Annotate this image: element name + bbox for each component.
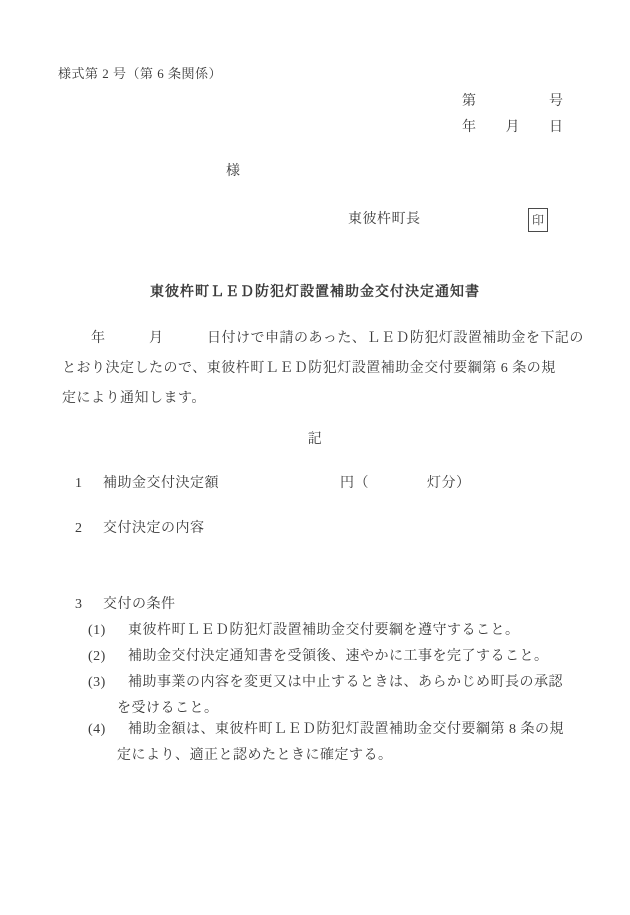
item-2-label: 交付決定の内容 bbox=[103, 521, 205, 537]
seal-mark: 印 bbox=[528, 208, 548, 232]
condition-3-number: (3) bbox=[88, 675, 106, 691]
form-number: 様式第 2 号（第 6 条関係） bbox=[58, 66, 222, 82]
body-paragraph-line: 年 月 日付けで申請のあった、ＬＥＤ防犯灯設置補助金を下記の bbox=[62, 331, 584, 347]
issue-date-line: 年 月 日 bbox=[462, 120, 564, 136]
item-3-number: 3 bbox=[75, 597, 89, 613]
item-3-label: 交付の条件 bbox=[103, 597, 176, 613]
item-1-amount-blank: 円（ 灯分） bbox=[340, 476, 471, 492]
condition-2-number: (2) bbox=[88, 649, 106, 665]
record-marker: 記 bbox=[0, 428, 630, 448]
condition-3-text-continuation: を受けること。 bbox=[117, 701, 219, 717]
issue-number-line: 第 号 bbox=[462, 94, 564, 110]
condition-4-text-continuation: 定により、適正と認めたときに確定する。 bbox=[117, 748, 393, 764]
item-2-number: 2 bbox=[75, 521, 89, 537]
condition-1-number: (1) bbox=[88, 623, 106, 639]
condition-2-text: 補助金交付決定通知書を受領後、速やかに工事を完了すること。 bbox=[128, 649, 549, 665]
condition-3-text: 補助事業の内容を変更又は中止するときは、あらかじめ町長の承認 bbox=[128, 675, 563, 691]
item-1-number: 1 bbox=[75, 476, 89, 492]
condition-1-text: 東彼杵町ＬＥＤ防犯灯設置補助金交付要綱を遵守すること。 bbox=[128, 623, 520, 639]
body-paragraph-line: とおり決定したので、東彼杵町ＬＥＤ防犯灯設置補助金交付要綱第 6 条の規 bbox=[62, 361, 556, 377]
condition-4-number: (4) bbox=[88, 722, 106, 738]
body-paragraph-line: 定により通知します。 bbox=[62, 391, 206, 407]
item-1-label: 補助金交付決定額 bbox=[103, 476, 219, 492]
document-page: 様式第 2 号（第 6 条関係） 第 号 年 月 日 様 東彼杵町長 印 東彼杵… bbox=[0, 0, 630, 915]
document-title: 東彼杵町ＬＥＤ防犯灯設置補助金交付決定通知書 bbox=[0, 281, 630, 301]
recipient-honorific: 様 bbox=[226, 164, 241, 180]
issuer-title: 東彼杵町長 bbox=[348, 212, 421, 228]
condition-4-text: 補助金額は、東彼杵町ＬＥＤ防犯灯設置補助金交付要綱第 8 条の規 bbox=[128, 722, 564, 738]
